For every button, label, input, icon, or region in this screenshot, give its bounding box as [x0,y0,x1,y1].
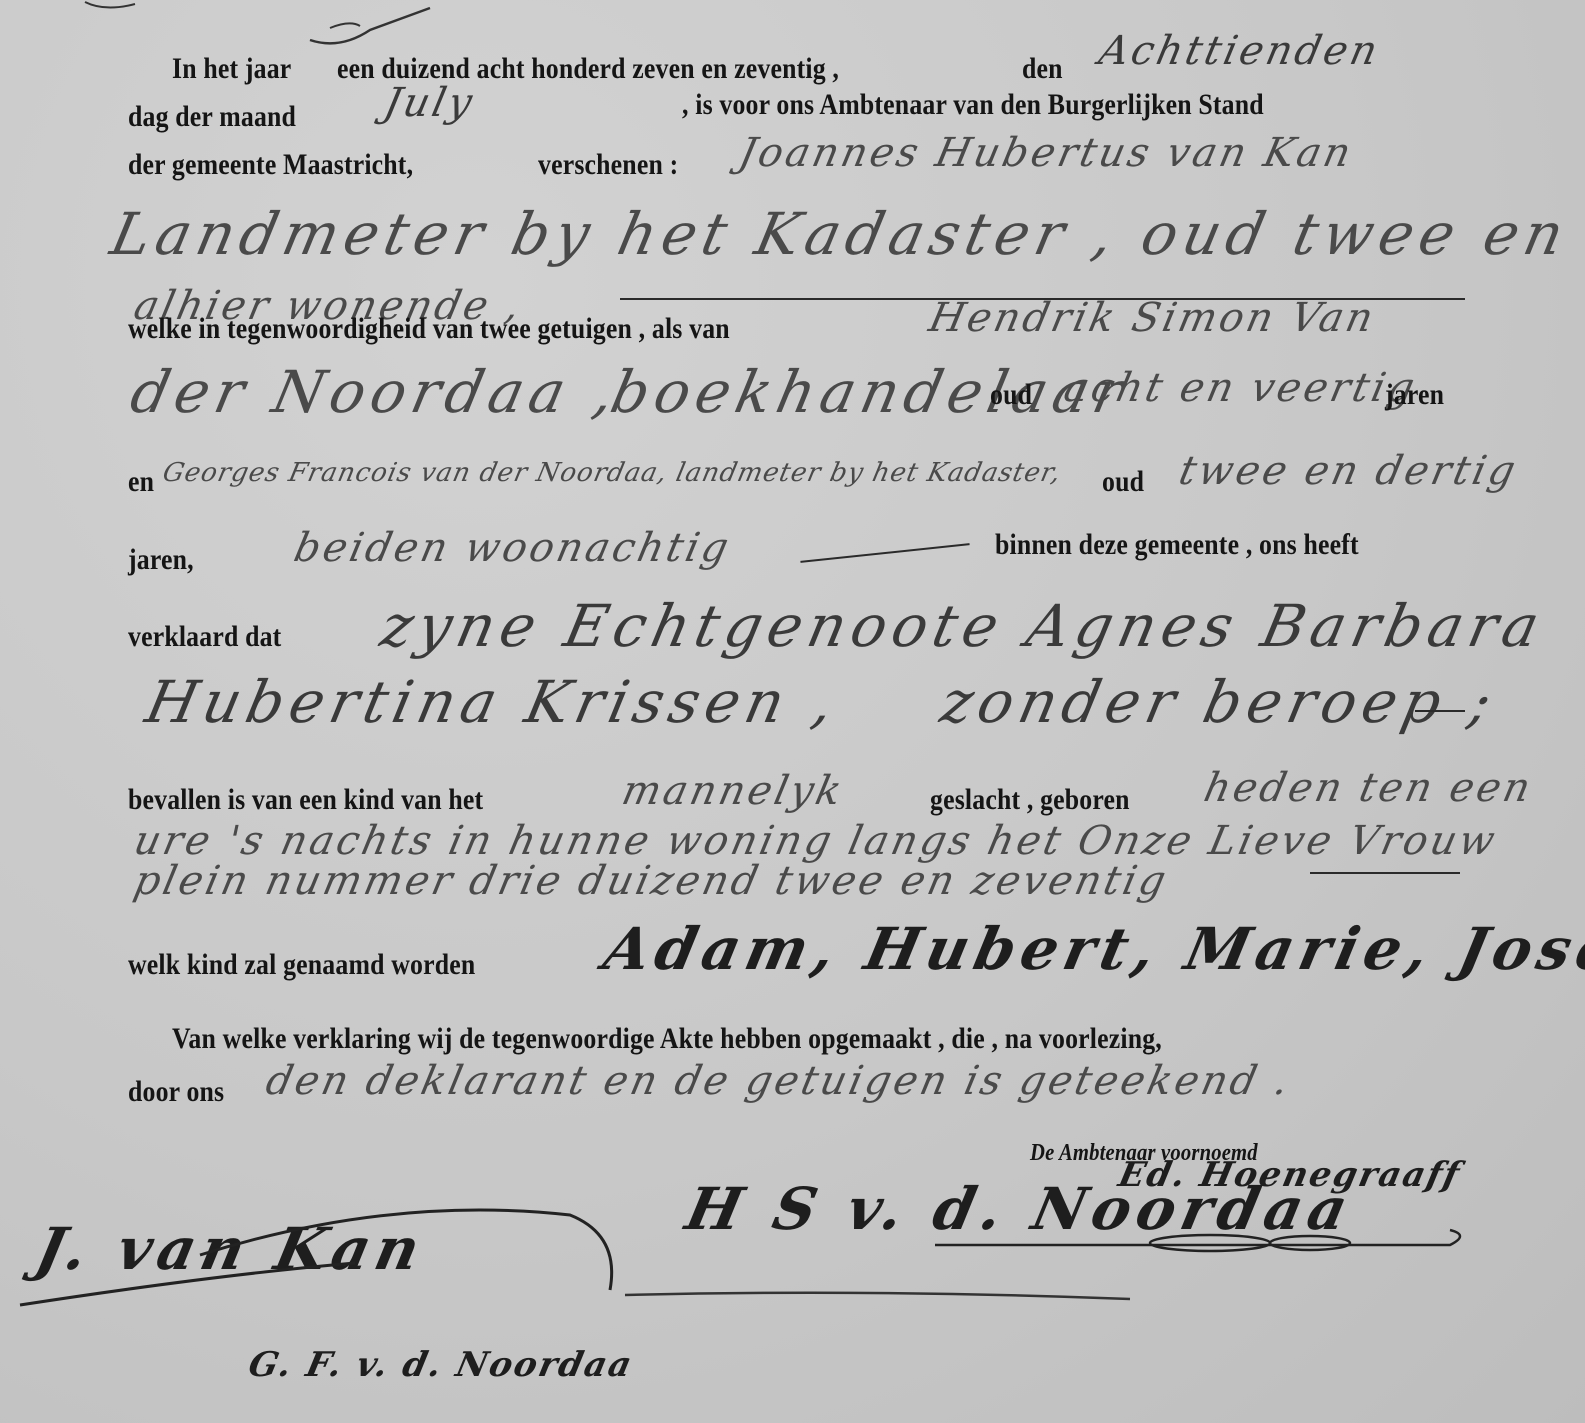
top-flourish-icon [80,0,140,12]
handwritten-mother-occupation: zonder beroep ; [935,668,1503,736]
handwritten-signed-by: den deklarant en de getuigen is geteeken… [262,1058,1295,1104]
printed-text: dag der maand [128,100,296,134]
printed-text: binnen deze gemeente , ons heeft [995,528,1359,562]
fill-line-strike [1415,710,1465,712]
printed-text: oud [1102,465,1144,499]
handwritten-child-name: Adam, Hubert, Marie, Joseph. [598,915,1585,983]
handwritten-declarant-occupation: Landmeter by het Kadaster , oud twee en … [105,200,1585,268]
fill-line-strike [800,543,969,563]
handwritten-birth-address: plein nummer drie duizend twee en zevent… [130,858,1173,904]
handwritten-witness2: Georges Francois van der Noordaa, landme… [160,458,1064,488]
handwritten-day: Achttienden [1095,28,1384,74]
printed-text: jaren, [128,543,194,577]
signature-underline-icon [620,1285,1140,1305]
handwritten-month: July [380,80,479,126]
printed-text: den [1022,52,1063,86]
handwritten-witnesses-residence: beiden woonachtig [290,525,735,571]
handwritten-witness1-name: Hendrik Simon Van [925,295,1380,341]
signature-declarant: J. van Kan [30,1215,432,1283]
handwritten-birth-time: heden ten een [1200,765,1537,811]
printed-text: der gemeente Maastricht, [128,148,413,182]
printed-text: geslacht , geboren [930,783,1130,817]
signature-witness2: G. F. v. d. Noordaa [245,1345,637,1385]
printed-text: welke in tegenwoordigheid van twee getui… [128,312,730,346]
printed-text: door ons [128,1075,224,1109]
printed-text: Van welke verklaring wij de tegenwoordig… [172,1022,1162,1056]
handwritten-declarant: Joannes Hubertus van Kan [735,130,1358,176]
printed-text: jaren [1385,378,1444,412]
handwritten-sex: mannelyk [618,768,848,814]
handwritten-witness1-surname: der Noordaa , [125,358,627,426]
handwritten-witness1-age: acht en veertig [1060,365,1421,411]
signature-official: Ed. Hoenegraaff [1115,1155,1465,1195]
printed-text: en [128,465,154,499]
printed-text: welk kind zal genaamd worden [128,948,475,982]
printed-text: verklaard dat [128,620,281,654]
handwritten-witness2-age: twee en dertig [1175,448,1522,494]
printed-text: bevallen is van een kind van het [128,783,483,817]
scanned-document-page: In het jaar een duizend acht honderd zev… [0,0,1585,1423]
handwritten-mother-name: zyne Echtgenoote Agnes Barbara [375,592,1551,660]
margin-mark-flourish-icon [300,0,440,50]
fill-line-strike [1310,872,1460,874]
printed-text: In het jaar [172,52,291,86]
handwritten-mother-surname: Hubertina Krissen , [140,668,845,736]
printed-text: oud [990,378,1032,412]
printed-text: , is voor ons Ambtenaar van den Burgerli… [682,88,1264,122]
printed-text: verschenen : [538,148,678,182]
handwritten-witness1-occupation: boekhandelaar [605,358,1135,426]
